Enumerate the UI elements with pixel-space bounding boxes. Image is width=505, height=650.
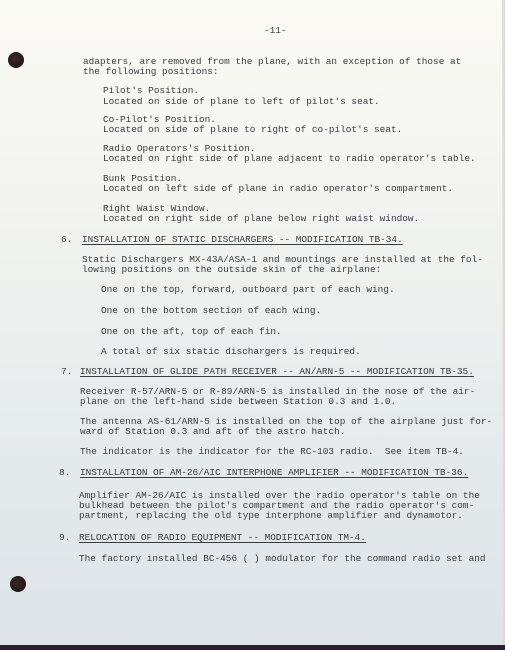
section-number: 8.: [59, 467, 71, 478]
section-item: One on the top, forward, outboard part o…: [101, 284, 395, 295]
page-bottom-edge: [0, 645, 505, 650]
position-detail: Located on right side of plane below rig…: [103, 213, 419, 224]
section-heading: INSTALLATION OF STATIC DISCHARGERS -- MO…: [82, 234, 403, 245]
section-number: 7.: [61, 366, 73, 377]
position-detail: Located on right side of plane adjacent …: [103, 153, 476, 164]
position-detail: Located on left side of plane in radio o…: [103, 183, 453, 194]
section-body-line: plane on the left-hand side between Stat…: [80, 396, 396, 407]
position-title: Pilot's Position.: [103, 85, 199, 96]
section-item: One on the aft, top of each fin.: [101, 326, 282, 337]
section-heading: INSTALLATION OF GLIDE PATH RECEIVER -- A…: [80, 366, 474, 377]
section-item: One on the bottom section of each wing.: [101, 305, 321, 316]
section-heading: RELOCATION OF RADIO EQUIPMENT -- MODIFIC…: [79, 532, 366, 543]
section-body-line: lowing positions on the outside skin of …: [82, 264, 381, 275]
section-number: 6.: [61, 234, 73, 245]
position-detail: Located on side of plane to right of co-…: [103, 124, 402, 135]
section-item: A total of six static dischargers is req…: [101, 346, 361, 357]
intro-line: the following positions:: [83, 66, 219, 77]
section-body-line: The indicator is the indicator for the R…: [80, 446, 464, 457]
page-number: -11-: [264, 25, 287, 36]
document-page: -11- adapters, are removed from the plan…: [0, 0, 505, 645]
section-number: 9.: [59, 532, 71, 543]
section-body-line: The factory installed BC-456 ( ) modulat…: [79, 553, 486, 564]
section-body-line: partment, replacing the old type interph…: [79, 510, 463, 521]
section-body-line: ward of Station 0.3 and aft of the astro…: [80, 426, 345, 437]
punch-hole-bottom: [10, 576, 26, 592]
position-detail: Located on side of plane to left of pilo…: [103, 96, 380, 107]
punch-hole-top: [8, 52, 24, 68]
section-heading: INSTALLATION OF AM-26/AIC INTERPHONE AMP…: [80, 467, 468, 478]
